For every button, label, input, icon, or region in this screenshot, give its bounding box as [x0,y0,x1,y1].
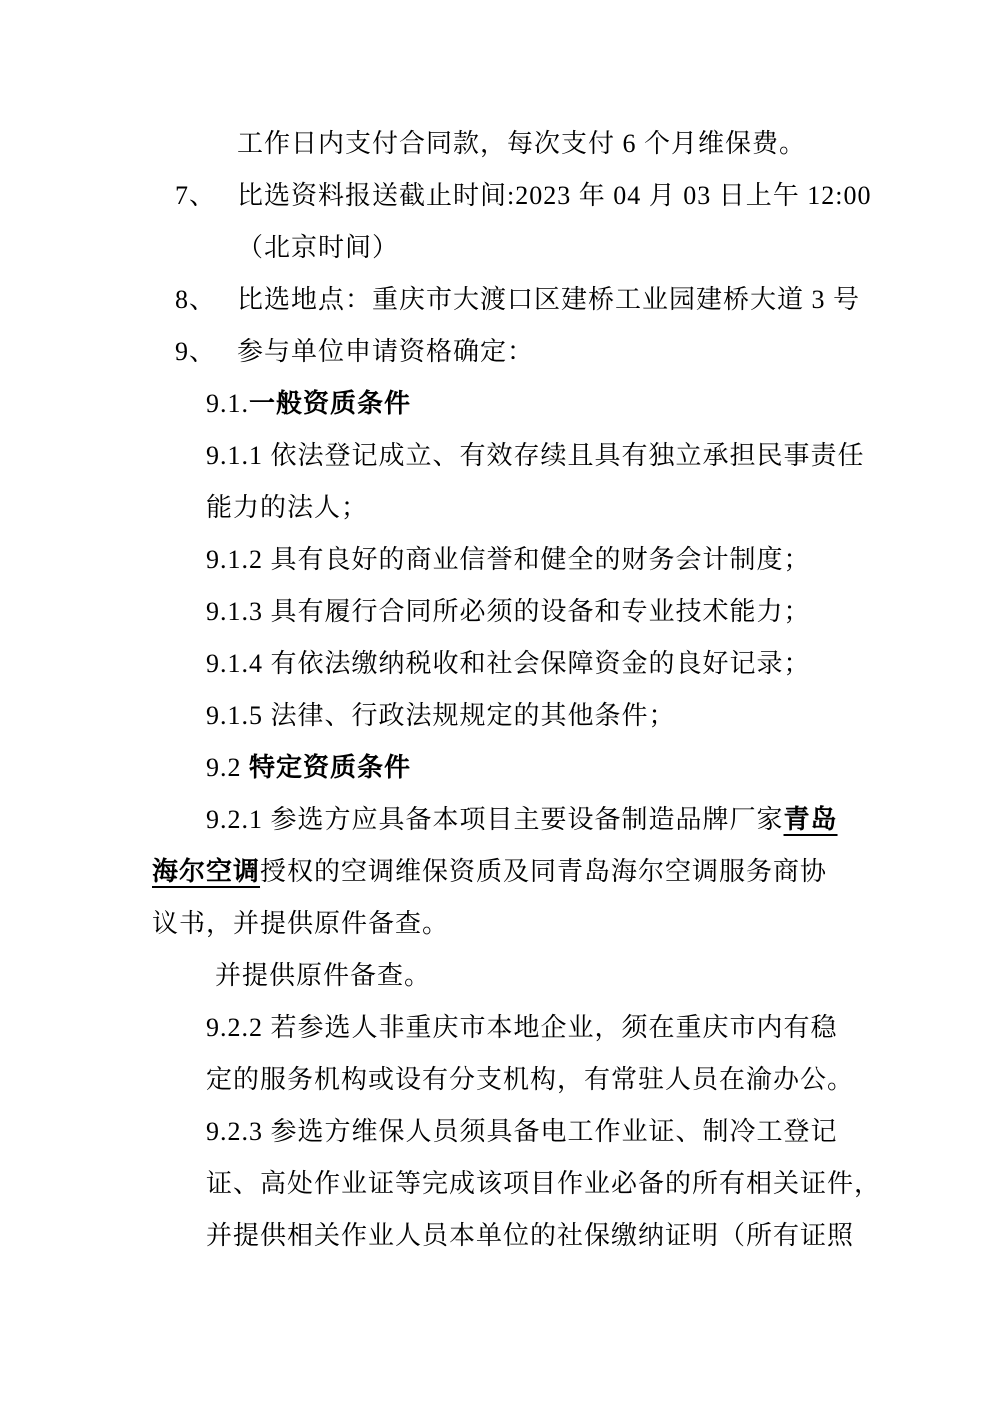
item-number: 9、 [175,326,237,378]
line-beijing-time: （北京时间） [0,222,992,274]
line-9-1-3: 9.1.3 具有履行合同所必须的设备和专业技术能力； [0,586,992,638]
heading-prefix: 9.2 [206,753,249,782]
line-original-check: 并提供原件备查。 [0,950,992,1002]
line-9-2-2-cont: 定的服务机构或设有分支机构，有常驻人员在渝办公。 [0,1054,992,1106]
line-9-2-1-cont: 海尔空调授权的空调维保资质及同青岛海尔空调服务商协 [0,846,992,898]
line-9-2-3-cont: 证、高处作业证等完成该项目作业必备的所有相关证件， [0,1158,992,1210]
heading-9-2: 9.2 特定资质条件 [0,742,992,794]
line-9-2-1: 9.2.1 参选方应具备本项目主要设备制造品牌厂家青岛 [0,794,992,846]
line-9-2-3-cont2: 并提供相关作业人员本单位的社保缴纳证明（所有证照 [0,1210,992,1262]
line-9-2-1-cont2: 议书，并提供原件备查。 [0,898,992,950]
line-9-2-2: 9.2.2 若参选人非重庆市本地企业，须在重庆市内有稳 [0,1002,992,1054]
list-item-9: 9、参与单位申请资格确定： [0,326,992,378]
line-qualification-intro: 参与单位申请资格确定： [237,337,534,366]
line-9-2-3: 9.2.3 参选方维保人员须具备电工作业证、制冷工登记 [0,1106,992,1158]
brand-name-emphasis: 海尔空调 [152,857,260,886]
line-9-1-1: 9.1.1 依法登记成立、有效存续且具有独立承担民事责任 [0,430,992,482]
list-item-8: 8、比选地点：重庆市大渡口区建桥工业园建桥大道 3 号 [0,274,992,326]
heading-text: 一般资质条件 [249,389,411,418]
line-deadline: 比选资料报送截止时间:2023 年 04 月 03 日上午 12:00 [237,181,871,210]
item-number: 8、 [175,274,237,326]
heading-text: 特定资质条件 [249,753,411,782]
line-9-1-4: 9.1.4 有依法缴纳税收和社会保障资金的良好记录； [0,638,992,690]
list-item-7: 7、比选资料报送截止时间:2023 年 04 月 03 日上午 12:00 [0,170,992,222]
line-contract-payment: 工作日内支付合同款，每次支付 6 个月维保费。 [0,118,992,170]
line-text: 9.2.1 参选方应具备本项目主要设备制造品牌厂家 [206,805,784,834]
document-page: 工作日内支付合同款，每次支付 6 个月维保费。 7、比选资料报送截止时间:202… [0,0,992,1403]
heading-9-1: 9.1.一般资质条件 [0,378,992,430]
line-9-1-1-cont: 能力的法人； [0,482,992,534]
line-text: 授权的空调维保资质及同青岛海尔空调服务商协 [260,857,827,886]
line-9-1-5: 9.1.5 法律、行政法规规定的其他条件； [0,690,992,742]
line-9-1-2: 9.1.2 具有良好的商业信誉和健全的财务会计制度； [0,534,992,586]
line-location: 比选地点：重庆市大渡口区建桥工业园建桥大道 3 号 [237,285,860,314]
brand-name-emphasis: 青岛 [784,805,838,834]
heading-prefix: 9.1. [206,389,249,418]
item-number: 7、 [175,170,237,222]
